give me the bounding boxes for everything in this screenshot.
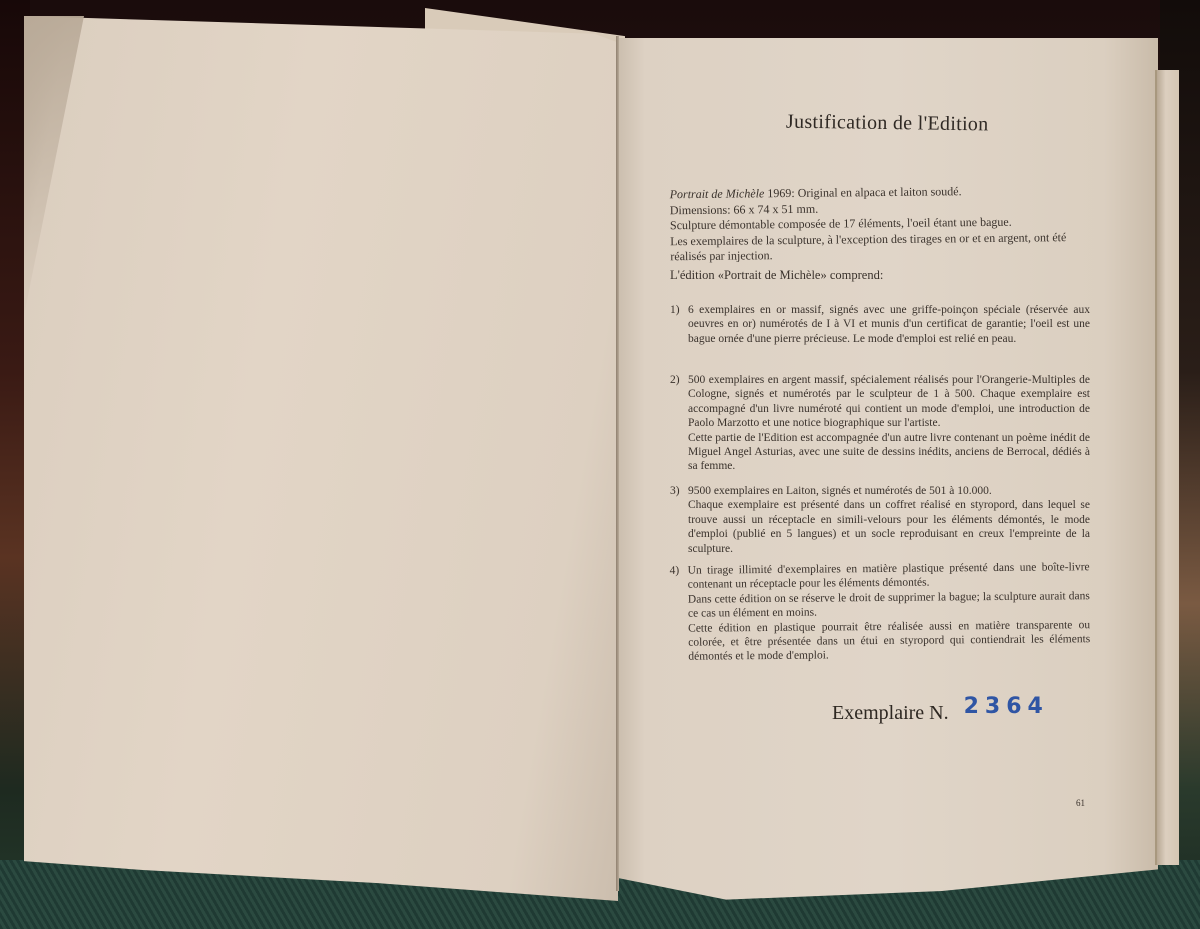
book-cover-edge <box>1155 70 1179 865</box>
book-gutter <box>616 36 619 891</box>
item-paragraph: Cette partie de l'Edition est accompagné… <box>688 431 1090 474</box>
item-paragraph: Chaque exemplaire est présenté dans un c… <box>688 498 1090 556</box>
intro-line-4: Les exemplaires de la sculpture, à l'exc… <box>670 229 1100 265</box>
item-paragraph: Un tirage illimité d'exemplaires en mati… <box>688 560 1090 592</box>
item-paragraph: 500 exemplaires en argent massif, spécia… <box>688 373 1090 431</box>
item-number: 1) <box>670 303 688 346</box>
item-paragraph: Cette édition en plastique pourrait être… <box>688 618 1090 665</box>
item-paragraph: 9500 exemplaires en Laiton, signés et nu… <box>688 484 1090 498</box>
list-item: 4) Un tirage illimité d'exemplaires en m… <box>670 560 1091 665</box>
intro-paragraph: Portrait de Michèle 1969: Original en al… <box>670 183 1101 265</box>
handwritten-copy-number: 2364 <box>964 694 1049 719</box>
item-paragraph: Dans cette édition on se réserve le droi… <box>688 589 1090 621</box>
blank-left-page <box>24 16 618 901</box>
item-number: 3) <box>670 484 688 556</box>
copy-number-label: Exemplaire N. <box>832 702 949 724</box>
item-number: 2) <box>670 373 688 474</box>
edition-heading: L'édition «Portrait de Michèle» comprend… <box>670 268 883 283</box>
page-title: Justification de l'Edition <box>786 111 989 137</box>
list-item: 3) 9500 exemplaires en Laiton, signés et… <box>670 484 1090 556</box>
work-title: Portrait de Michèle <box>670 186 765 201</box>
page-number: 61 <box>1076 798 1085 808</box>
copy-number-line: Exemplaire N. 2364 <box>832 700 1049 725</box>
list-item: 2) 500 exemplaires en argent massif, spé… <box>670 373 1090 474</box>
list-item: 1) 6 exemplaires en or massif, signés av… <box>670 303 1090 346</box>
item-number: 4) <box>670 564 689 665</box>
item-paragraph: 6 exemplaires en or massif, signés avec … <box>688 303 1090 346</box>
